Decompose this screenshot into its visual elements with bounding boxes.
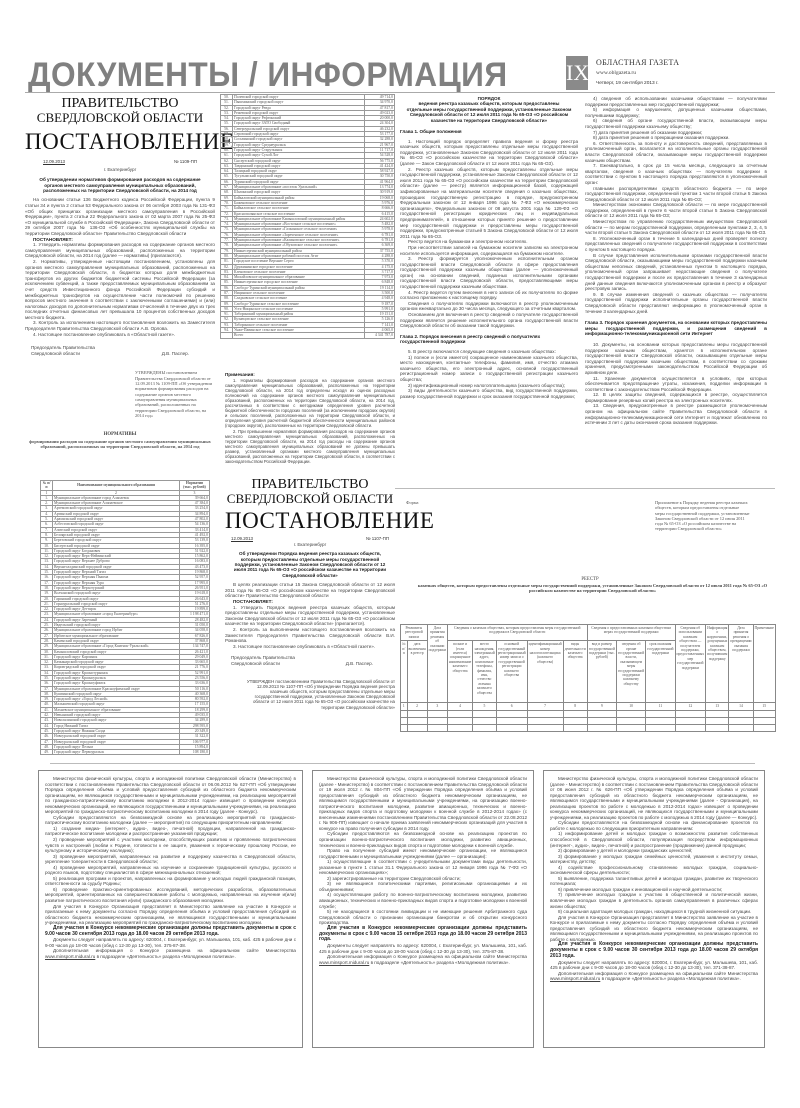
notice-info: Дополнительная информация о Конкурсе раз… [45,948,296,959]
group-header: Реквизиты реестровой записи [401,625,428,641]
procedure-paragraph: 6. Ответственность за полноту и достовер… [585,141,767,163]
notice-info-suffix: в подразделе «Деятельность» раздела «Мол… [371,960,510,965]
ministry-website-link[interactable]: www.minsport.midural.ru [319,960,369,965]
sub-header: вид и размер государственной поддержки (… [587,641,616,703]
authority-line2: СВЕРДЛОВСКОЙ ОБЛАСТИ [25,111,215,125]
signer-title: Председатель Правительства Свердловской … [31,345,101,356]
procedure-paragraph: 5. В реестр включаются следующие сведени… [400,349,578,355]
chapter3-title: Глава 3. Порядок хранения документов, на… [585,320,767,337]
decree-item: 3. Настоящее постановление опубликовать … [225,644,395,650]
procedure-paragraph: 1) полное и (если имеется) сокращенное н… [400,355,578,383]
decree-item: 1. Утвердить нормативы формирования расх… [25,242,215,259]
decree-title: Об утверждении нормативов формирования р… [33,177,207,193]
notice-info: Дополнительная информация о Конкурсе раз… [550,971,758,982]
notice-paragraph: Субсидии предоставляются на безвозмездно… [550,820,758,831]
norms-table-right: 50.Полевской городской округ49 714,051.П… [220,94,395,339]
procedure-paragraph: В случае представления исполнительными о… [585,253,767,292]
procedure-paragraph: Сведения о получателях поддержки включаю… [400,301,578,312]
newspaper-name: ОБЛАСТНАЯ ГАЗЕТА [596,58,679,67]
decree-item: 3. Контроль за исполнением настоящего по… [25,320,215,331]
column-number: 9 [587,703,616,710]
notice-deadline: Для участия в Конкурсе некоммерческие ор… [550,942,758,959]
procedure-col-a: ПОРЯДОК ведения реестра казачьих обществ… [400,96,578,399]
section-divider [395,488,775,489]
procedure-paragraph: 8. Уполномоченный орган в течение 5 кале… [585,236,767,253]
procedure-col-b: 4) сведения об использовании казачьими о… [585,96,767,426]
notice-paragraph: 3) формирование у молодых граждан семейн… [550,854,758,865]
decree-item: 4. Настоящее постановление опубликовать … [25,332,215,338]
sub-header: основной государственный регистрационный… [496,641,527,703]
notice-info-suffix: в подразделе «Деятельность» раздела «Мол… [97,954,236,959]
norm-value: 4 341 787,0 [365,333,395,338]
ministry-website-link[interactable]: www.minsport.midural.ru [550,976,600,981]
column-number: 13 [706,703,729,710]
ministry-website-link[interactable]: www.minsport.midural.ru [45,954,95,959]
sub-header: идентификационный номер налогоплательщик… [527,641,563,703]
column-number: 14 [729,703,753,710]
register-table: Реквизиты реестровой записи Дата приняти… [400,624,775,732]
notice-box-3: Министерство физической культуры, спорта… [543,770,765,1048]
column-number: 15 [753,703,775,710]
procedure-paragraph: 10. Документы, на основании которых пред… [585,342,767,376]
notice-paragraph: Субсидии предоставляются на безвозмездно… [319,831,527,848]
municipality-name: Всего [233,333,365,338]
norm-value: 108 180,0 [180,750,210,755]
issue-date: Четверг, 19 сентября 2013 г. [596,81,659,87]
group-header: Сведения о казачьих обществах, которым п… [447,625,587,641]
notice-paragraph: Министерство физической культуры, спорта… [319,776,527,831]
notice-info-prefix: Дополнительная информация о Конкурсе раз… [53,948,296,953]
municipality-name: Городской округ Первоуральск [53,750,180,755]
notice-info: Дополнительная информация о Конкурсе раз… [319,954,527,965]
notice-info-prefix: Дополнительная информация о Конкурсе раз… [558,971,758,976]
notice-paragraph: 5) реализация программ и проектов, напра… [45,876,296,887]
notice-address: Документы следует направлять по адресу: … [45,937,296,948]
notice-paragraph: Для участия в Конкурсе Организация предс… [45,904,296,926]
header-divider [25,92,775,93]
notice-paragraph: 1) осуществляющие в соответствии с учред… [319,859,527,876]
column-number: 5 [473,703,496,710]
notice-paragraph: Право на получение субсидий имеют некомм… [319,848,527,859]
notice-info-prefix: Дополнительная информация о Конкурсе раз… [327,954,527,959]
group-header: Сведения о предоставленных казачьим обще… [587,625,675,641]
authority-line2: СВЕРДЛОВСКОЙ ОБЛАСТИ [225,492,395,506]
notice-paragraph: Субсидии предоставляются на безвозмездно… [45,815,296,826]
form-label: Форма [406,500,419,505]
notice-paragraph: 6) проведение практико-ориентированных и… [45,887,296,904]
procedure-paragraph: 3. Реестр формируется уполномоченным исп… [400,256,578,290]
approved-block: УТВЕРЖДЕНЫ постановлением Правительства … [135,370,215,418]
procedure-paragraph: 9. В случае изменения сведений о казачьи… [585,292,767,314]
group-header: Дата принятия решения о прекращении оказ… [729,625,753,703]
register-title: РЕЕСТР [400,577,780,583]
notice-paragraph: Министерство физической культуры, спорта… [45,776,296,815]
group-header: Сведения об использовании казачьим общес… [675,625,706,703]
decree-preamble: На основании статьи 136 Бюджетного кодек… [25,197,215,236]
decree-city: г. Екатеринбург [25,167,215,173]
register-subtitle: казачьих обществ, которым предоставлены … [415,583,770,594]
authority-line1: ПРАВИТЕЛЬСТВО [225,478,395,492]
bottom-divider [50,763,755,764]
procedure-paragraph: 1. Настоящий порядок определяет правила … [400,139,578,167]
note: 1. Нормативы формирования расходов на со… [225,378,395,429]
section-title: ДОКУМЕНТЫ / ИНФОРМАЦИЯ [28,58,508,92]
table-row: 49.Городской округ Первоуральск108 180,0 [41,750,210,755]
procedure-paragraph: Основанием для включения в реестр сведен… [400,312,578,329]
notice-address: Документы следует направлять по адресу: … [550,960,758,971]
notice-paragraph: 1) информирование детей и молодых гражда… [550,831,758,848]
signer-title: Председатель Правительства Свердловской … [231,655,301,666]
sub-header: дата включения в реестр [407,641,427,703]
col-header-number: № п/п [41,481,53,491]
sub-header: сведения об органе государственной власт… [616,641,645,703]
decree-item: 2. Контроль за выполнением настоящего по… [225,627,395,644]
procedure-paragraph: Министерством экономики Свердловской обл… [585,202,767,219]
decree-date: 12.09.2013 [231,536,253,542]
column-number: 4 [447,703,472,710]
group-header: Дата принятия решения об оказании поддер… [427,625,447,703]
decree-item: 2. Нормативы, утвержденные настоящим пос… [25,259,215,321]
sub-header: виды деятельности казачьего общества [563,641,587,703]
column-number: 8 [563,703,587,710]
notice-paragraph: 5) не находящиеся в состоянии ликвидации… [319,909,527,926]
procedure-subtitle: ведения реестра казачьих обществ, которы… [406,101,572,123]
column-number: 12 [675,703,706,710]
notice-info-suffix: в подразделе «Деятельность» раздела «Мол… [602,976,741,981]
column-number: 11 [646,703,675,710]
procedure-paragraph: 11. Хранение документов осуществляется в… [585,376,767,393]
notice-paragraph: Министерство физической культуры, спорта… [550,776,758,820]
note: 2. При превышении нормативов формировани… [225,429,395,465]
column-number: 10 [616,703,645,710]
decree-number: № 1109-ПП [174,159,197,165]
norms-notes: Примечания: 1. Нормативы формирования ра… [225,372,395,464]
doc-type: ПОСТАНОВЛЕНИЕ [25,130,215,154]
notice-paragraph: 2) проведение мероприятий с участием мол… [45,837,296,854]
notice-paragraph: 3) проведение мероприятий, направленных … [45,854,296,865]
procedure-paragraph: 13. Сведения, предусмотренные в реестре … [585,403,767,425]
appendix-note: Приложение к Порядку ведения реестра каз… [655,500,750,532]
notice-box-1: Министерство физической культуры, спорта… [38,770,303,1048]
notice-paragraph: 3) не являющиеся политическими партиями,… [319,881,527,892]
row-number: 49. [41,750,53,755]
procedure-paragraph: 12. В целях защиты сведений, содержащихс… [585,392,767,403]
column-number: 6 [496,703,527,710]
norms-table-left: № п/п Наименование муниципального образо… [40,480,210,755]
chapter2-title: Глава 2. Порядок внесения в реестр сведе… [400,334,578,345]
row-number [221,333,233,338]
procedure-paragraph: 7. Ежеквартально, в срок до 15 числа мес… [585,163,767,185]
sub-header: место нахождения, электронный адрес, кон… [473,641,496,703]
decree-city: г. Екатеринбург [225,542,395,548]
notice-paragraph: 8) социальная адаптация молодых граждан,… [550,909,758,915]
notice-paragraph: 7) привлечение молодых граждан к участию… [550,892,758,909]
approved-block: УТВЕРЖДЕН постановлением Правительства С… [245,679,395,710]
municipality-name: Муниципальное образование Камышловский м… [233,216,365,221]
procedure-paragraph: Министерством по управлению государствен… [585,219,767,236]
group-header: Примечание [753,625,775,703]
signer-name: Д.В. Паслер. [346,661,389,667]
authority-line1: ПРАВИТЕЛЬСТВО [25,97,215,111]
procedure-paragraph: 5) информация о нарушениях, допущенных к… [585,107,767,118]
newspaper-url[interactable]: www.oblgazeta.ru [596,71,636,77]
doc-type: ПОСТАНОВЛЕНИЕ [225,509,395,533]
notice-paragraph: 4) проведение мероприятий, направленных … [45,865,296,876]
chapter1-title: Глава 1. Общие положения [400,129,578,135]
decree-date: 12.09.2013 [43,159,65,165]
sub-header: срок оказания государственной поддержки [646,641,675,703]
notice-deadline: Для участия в Конкурсе некоммерческие ор… [319,926,527,943]
table-row: Всего4 341 787,0 [221,333,395,338]
notice-paragraph: Для участия в Конкурсе Организация предс… [550,915,758,943]
column-number: 7 [527,703,563,710]
notice-paragraph: 4) содействие профессиональному становле… [550,865,758,876]
notice-address: Документы следует направлять по адресу: … [319,943,527,954]
procedure-paragraph: 4) сведения об использовании казачьими о… [585,96,767,107]
procedure-paragraph: 2. Реестр казачьих обществ, которым пред… [400,167,578,240]
norms-subtitle: формирования расходов на содержание орга… [29,439,211,450]
column-number: 3 [427,703,447,710]
notice-paragraph: 5) выявление, поддержка талантливых дете… [550,876,758,887]
group-header: Информация о нарушениях, допущенных каза… [706,625,729,703]
procedure-paragraph: 3) виды деятельности казачьего общества,… [400,388,578,399]
procedure-paragraph: главными распорядителями средств областн… [585,186,767,203]
norms-title: НОРМАТИВЫ [25,432,215,438]
procedure-paragraph: При несоответствии записей на бумажном н… [400,245,578,256]
notice-deadline: Для участия в Конкурсе некоммерческие ор… [45,926,296,938]
procedure-paragraph: 6) сведения об органе государственной вл… [585,118,767,129]
decree-number: № 1107-ПП [366,536,389,542]
decree-1107: ПРАВИТЕЛЬСТВО СВЕРДЛОВСКОЙ ОБЛАСТИ ПОСТА… [225,478,395,710]
column-number: 2 [407,703,427,710]
col-header-name: Наименование муниципального образования [53,481,180,491]
notice-box-2: Министерство физической культуры, спорта… [312,770,534,1048]
signer-name: Д.В. Паслер. [162,351,209,357]
notice-paragraph: 4) осуществляющие работу по военно-патри… [319,892,527,909]
decree-item: 1. Утвердить Порядок ведения реестра каз… [225,605,395,627]
decree-preamble: В целях реализации статьи 15 Закона Свер… [225,582,395,599]
notice-paragraph: 1) создание медиа- (интернет-, аудио-, в… [45,826,296,837]
sub-header: полное и (если имеется) сокращенное наим… [447,641,472,703]
decree-1109: ПРАВИТЕЛЬСТВО СВЕРДЛОВСКОЙ ОБЛАСТИ ПОСТА… [25,97,215,449]
col-header-norm: Норматив (тыс. рублей) [180,481,210,491]
page-number: IX [566,56,588,90]
procedure-paragraph: 4. Реестр ведется путем внесения в него … [400,290,578,301]
decree-title: Об утверждении Порядка ведения реестра к… [229,551,391,578]
